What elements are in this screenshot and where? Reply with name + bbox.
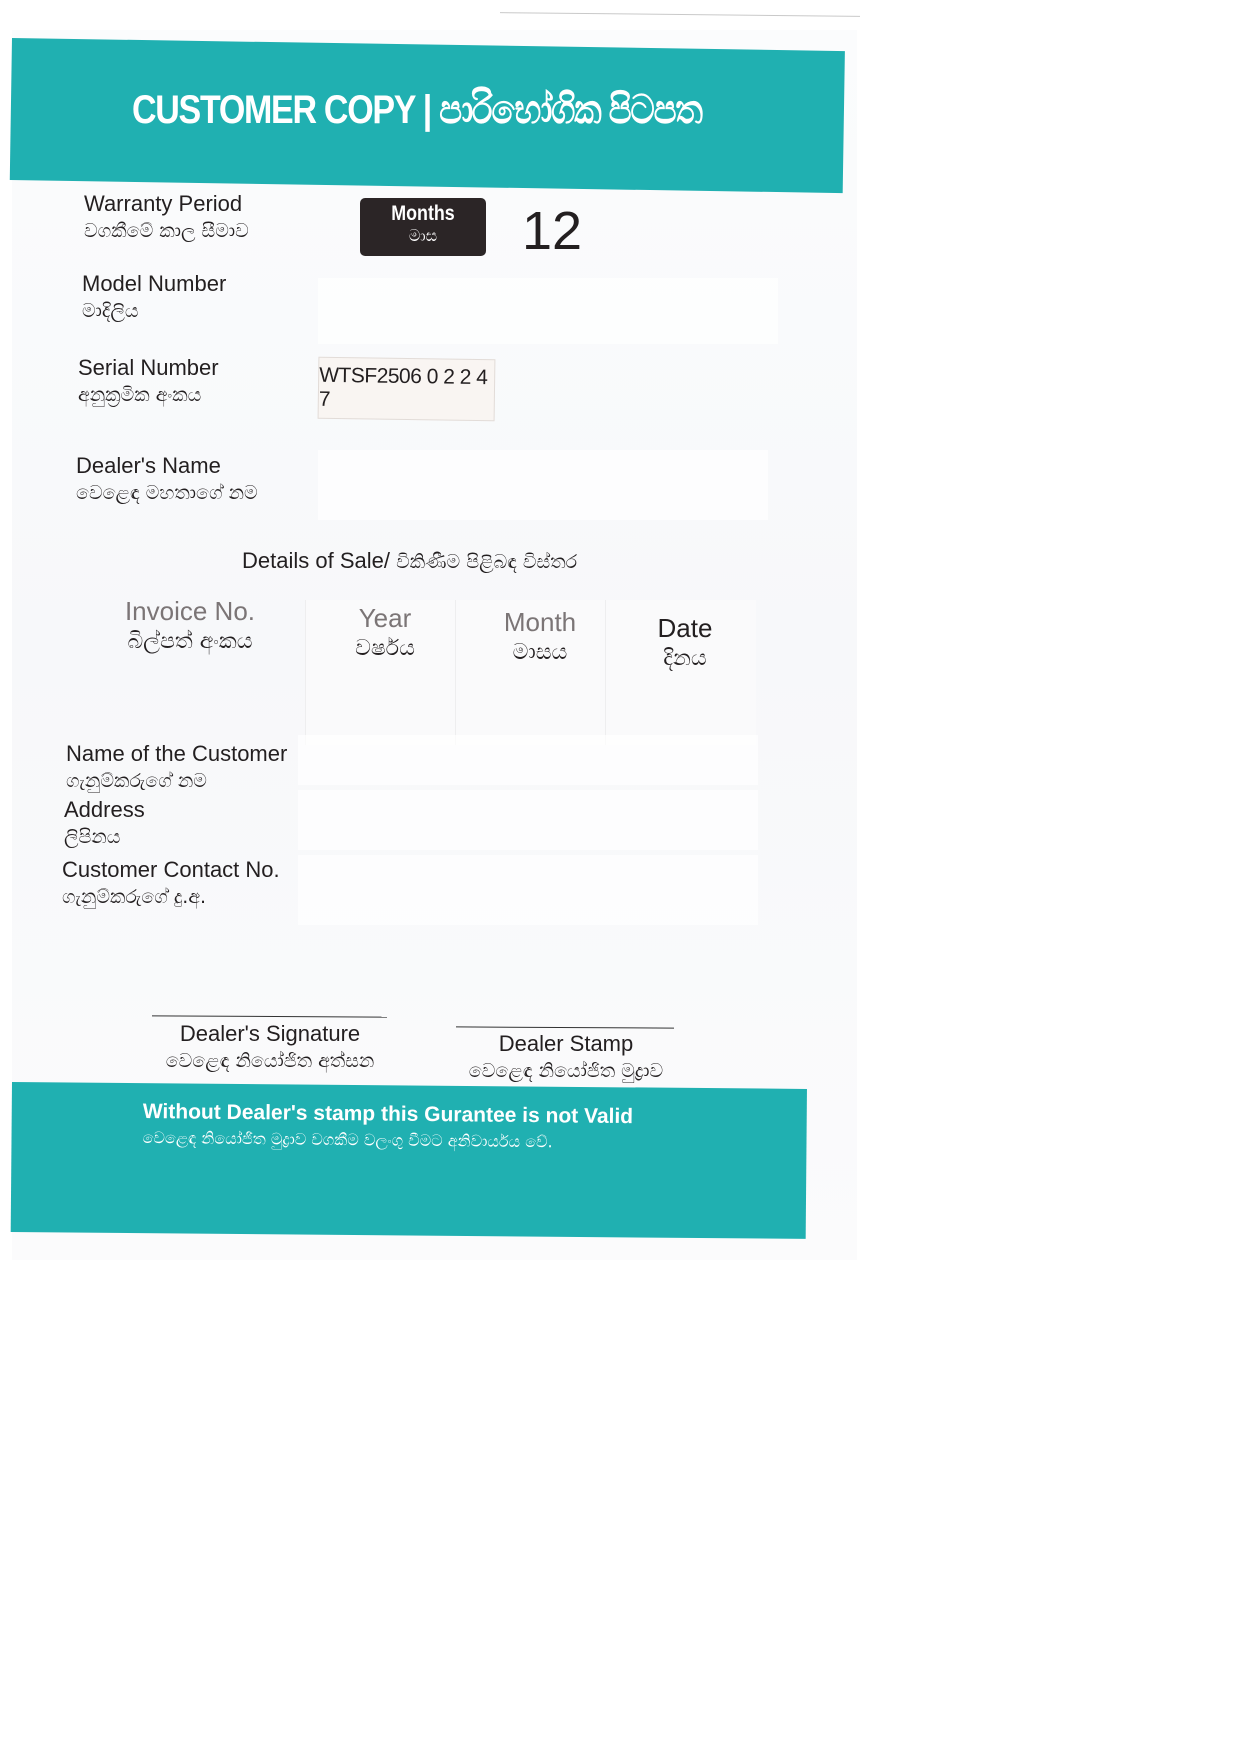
dealer-signature-label: Dealer's Signature වෙළෙඳ නියෝජිත අත්සන xyxy=(140,1020,400,1074)
invoice-no-column-header: Invoice No. බිල්පත් අංකය xyxy=(100,595,280,657)
warranty-period-value: 12 xyxy=(522,200,582,262)
dealer-name-label: Dealer's Name වෙළෙඳ මහතාගේ නම xyxy=(76,452,258,506)
dealer-name-field[interactable] xyxy=(318,450,768,520)
validity-notice: Without Dealer's stamp this Gurantee is … xyxy=(142,1098,633,1155)
address-label: Address ලිපිනය xyxy=(64,796,145,850)
month-column-header: Month මාසය xyxy=(475,606,605,668)
warranty-period-label: Warranty Period වගකීමේ කාල සීමාව xyxy=(84,190,249,244)
date-column-header: Date දිනය xyxy=(630,612,740,674)
model-number-label: Model Number මාදිලිය xyxy=(82,270,226,324)
customer-contact-field[interactable] xyxy=(298,855,758,925)
dealer-stamp-label: Dealer Stamp වෙළෙඳ නියෝජිත මුද්‍රාව xyxy=(436,1030,696,1084)
model-number-field[interactable] xyxy=(318,278,778,344)
paper-edge xyxy=(500,12,860,17)
address-field[interactable] xyxy=(298,790,758,850)
customer-name-field[interactable] xyxy=(298,735,758,785)
details-of-sale-heading: Details of Sale/ විකිණීම පිළිබඳ විස්තර xyxy=(242,548,577,574)
months-unit-badge: Months මාස xyxy=(360,198,486,256)
serial-number-sticker: WTSF2506 0 2 2 4 7 xyxy=(318,357,496,421)
customer-contact-label: Customer Contact No. ගැනුම්කරුගේ දු.අ. xyxy=(62,856,280,910)
customer-name-label: Name of the Customer ගැනුම්කරුගේ නම xyxy=(66,740,287,794)
serial-number-label: Serial Number අනුක්‍රමික අංකය xyxy=(78,354,219,408)
page-title: CUSTOMER COPY | පාරිභෝගික පිටපත xyxy=(132,88,702,133)
year-column-header: Year වර්ෂය xyxy=(325,602,445,664)
